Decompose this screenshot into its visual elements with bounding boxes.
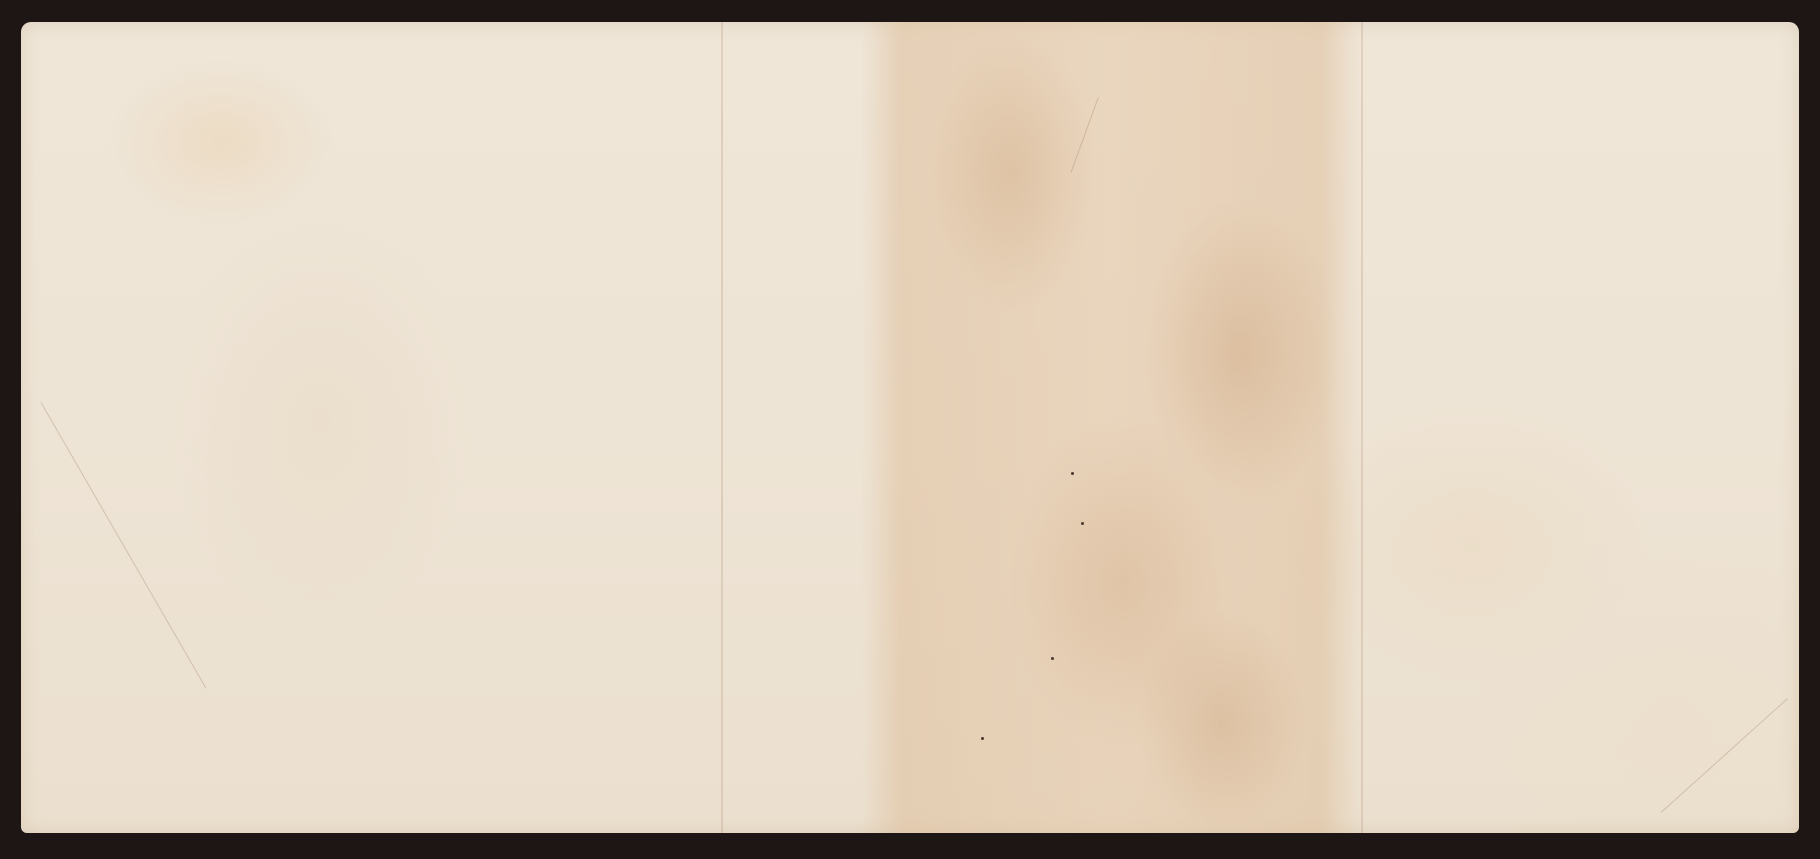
ink-speck xyxy=(981,737,984,740)
ink-speck xyxy=(1071,472,1074,475)
corner-crease-left xyxy=(41,402,207,688)
ink-speck xyxy=(1081,522,1084,525)
fold-line-right xyxy=(1361,22,1363,833)
ink-speck xyxy=(1051,657,1054,660)
water-stain-band xyxy=(861,22,1361,833)
corner-crease-right xyxy=(1661,698,1788,812)
banknote-reverse xyxy=(21,22,1799,833)
fold-line-left xyxy=(721,22,723,833)
